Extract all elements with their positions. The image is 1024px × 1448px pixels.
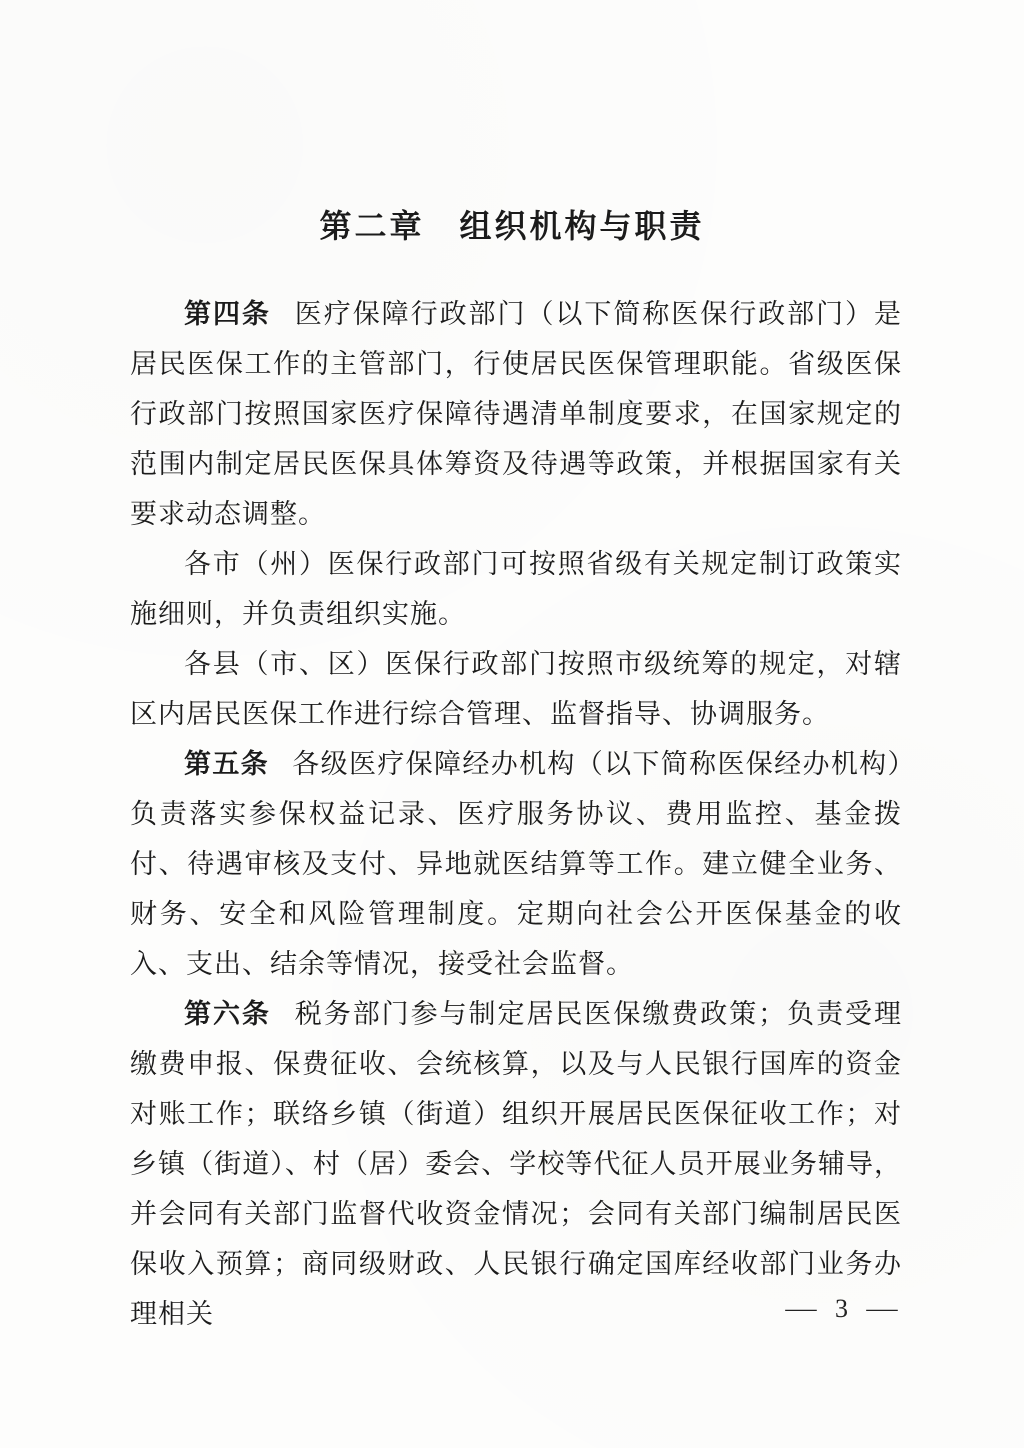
paragraph-article-5: 第五条各级医疗保障经办机构（以下简称医保经办机构）负责落实参保权益记录、医疗服务…	[130, 739, 902, 989]
page-number-left-dash: —	[785, 1296, 816, 1323]
paragraph-article-4: 第四条医疗保障行政部门（以下简称医保行政部门）是居民医保工作的主管部门，行使居民…	[130, 289, 902, 539]
page-number-right-dash: —	[866, 1296, 897, 1323]
paragraph-text: 各县（市、区）医保行政部门按照市级统筹的规定，对辖区内居民医保工作进行综合管理、…	[130, 649, 902, 729]
paragraph-city-level: 各市（州）医保行政部门可按照省级有关规定制订政策实施细则，并负责组织实施。	[130, 539, 902, 639]
paragraph-article-6: 第六条税务部门参与制定居民医保缴费政策；负责受理缴费申报、保费征收、会统核算，以…	[130, 989, 902, 1339]
paragraph-county-level: 各县（市、区）医保行政部门按照市级统筹的规定，对辖区内居民医保工作进行综合管理、…	[130, 639, 902, 739]
article-number: 第四条	[184, 299, 271, 329]
paragraph-text: 医疗保障行政部门（以下简称医保行政部门）是居民医保工作的主管部门，行使居民医保管…	[130, 299, 902, 529]
document-page: 第二章 组织机构与职责 第四条医疗保障行政部门（以下简称医保行政部门）是居民医保…	[0, 0, 1024, 1448]
article-number: 第五条	[184, 749, 269, 779]
paragraph-text: 各级医疗保障经办机构（以下简称医保经办机构）负责落实参保权益记录、医疗服务协议、…	[130, 749, 902, 979]
paragraph-text: 各市（州）医保行政部门可按照省级有关规定制订政策实施细则，并负责组织实施。	[130, 549, 902, 629]
chapter-title: 第二章 组织机构与职责	[0, 0, 1024, 247]
paragraph-text: 税务部门参与制定居民医保缴费政策；负责受理缴费申报、保费征收、会统核算，以及与人…	[130, 999, 902, 1329]
page-number-value: 3	[835, 1294, 848, 1324]
article-number: 第六条	[184, 999, 271, 1029]
document-body: 第四条医疗保障行政部门（以下简称医保行政部门）是居民医保工作的主管部门，行使居民…	[130, 289, 902, 1339]
page-number: — 3 —	[789, 1294, 894, 1324]
